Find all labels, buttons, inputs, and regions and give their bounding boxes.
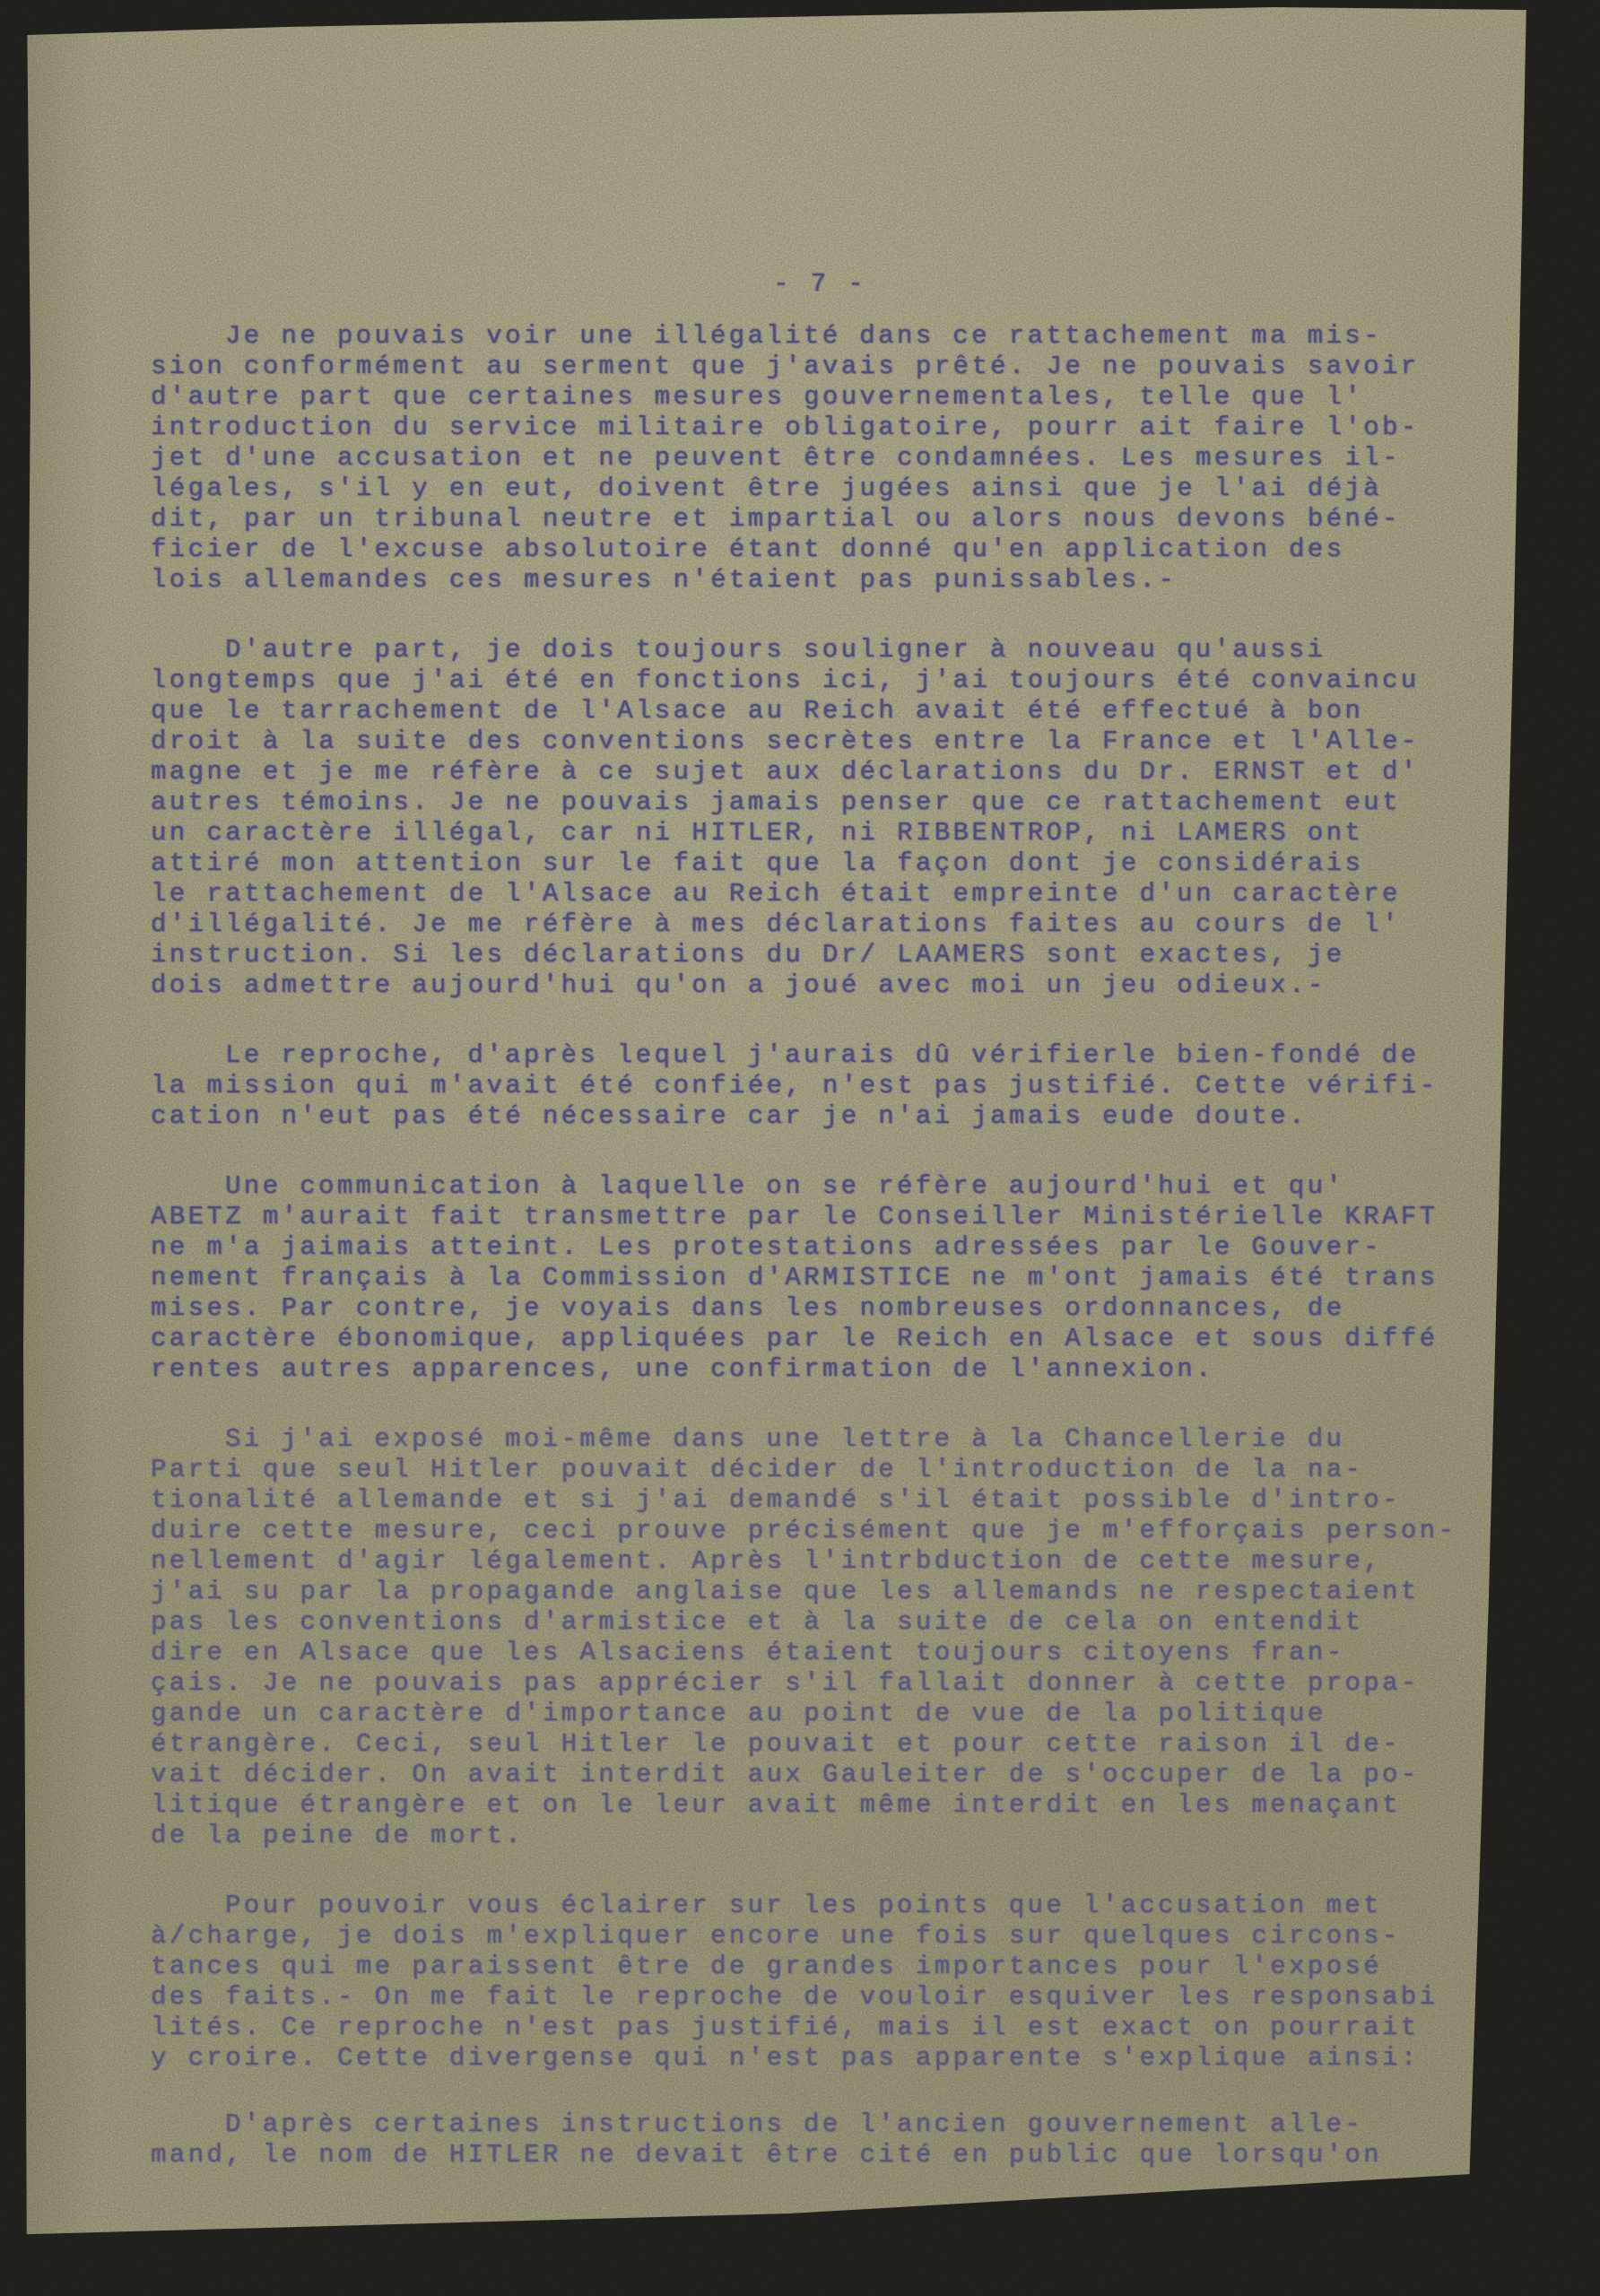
paragraph-3: Le reproche, d'après lequel j'aurais dû … <box>151 1040 1489 1132</box>
text-line: litique étrangère et on le leur avait mê… <box>151 1790 1489 1821</box>
text-line: longtemps que j'ai été en fonctions ici,… <box>151 665 1489 696</box>
paragraph-6: Pour pouvoir vous éclairer sur les point… <box>151 1891 1489 2074</box>
paragraph-5: Si j'ai exposé moi-même dans une lettre … <box>151 1424 1489 1851</box>
typewritten-text-block: - 7 - Je ne pouvais voir une illégalité … <box>151 269 1489 2237</box>
text-line: duire cette mesure, ceci prouve précisém… <box>151 1516 1489 1546</box>
text-line: un caractère illégal, car ni HITLER, ni … <box>151 818 1489 848</box>
text-line: Pour pouvoir vous éclairer sur les point… <box>151 1891 1489 1921</box>
text-line: çais. Je ne pouvais pas apprécier s'il f… <box>151 1668 1489 1699</box>
text-line: mand, le nom de HITLER ne devait être ci… <box>151 2140 1489 2170</box>
text-line: gande un caractère d'importance au point… <box>151 1699 1489 1729</box>
text-line: lois allemandes ces mesures n'étaient pa… <box>151 565 1489 596</box>
text-line: la mission qui m'avait été confiée, n'es… <box>151 1071 1489 1101</box>
text-line: nellement d'agir légalement. Après l'int… <box>151 1546 1489 1577</box>
continuation-dots: ....../... <box>151 2206 1489 2237</box>
paragraph-4: Une communication à laquelle on se réfèr… <box>151 1171 1489 1385</box>
text-line: jet d'une accusation et ne peuvent être … <box>151 443 1489 474</box>
text-line: attiré mon attention sur le fait que la … <box>151 848 1489 879</box>
text-line: de la peine de mort. <box>151 1821 1489 1851</box>
paragraph-7: D'après certaines instructions de l'anci… <box>151 2109 1489 2170</box>
text-line: le rattachement de l'Alsace au Reich éta… <box>151 879 1489 909</box>
text-line: ne m'a jaimais atteint. Les protestation… <box>151 1232 1489 1263</box>
text-line: caractère ébonomique, appliquées par le … <box>151 1324 1489 1354</box>
text-line: D'autre part, je dois toujours souligner… <box>151 635 1489 665</box>
text-line: mises. Par contre, je voyais dans les no… <box>151 1293 1489 1324</box>
text-line: instruction. Si les déclarations du Dr/ … <box>151 940 1489 970</box>
text-line: rentes autres apparences, une confirmati… <box>151 1354 1489 1385</box>
paragraph-2: D'autre part, je dois toujours souligner… <box>151 635 1489 1001</box>
text-line: introduction du service militaire obliga… <box>151 413 1489 443</box>
text-line: dois admettre aujourd'hui qu'on a joué a… <box>151 970 1489 1001</box>
text-line: Je ne pouvais voir une illégalité dans c… <box>151 321 1489 352</box>
text-line: sion conformément au serment que j'avais… <box>151 352 1489 382</box>
text-line: d'illégalité. Je me réfère à mes déclara… <box>151 909 1489 940</box>
text-line: légales, s'il y en eut, doivent être jug… <box>151 474 1489 504</box>
text-line: autres témoins. Je ne pouvais jamais pen… <box>151 787 1489 818</box>
text-line: ABETZ m'aurait fait transmettre par le C… <box>151 1202 1489 1232</box>
text-line: droit à la suite des conventions secrète… <box>151 726 1489 757</box>
paragraph-1: Je ne pouvais voir une illégalité dans c… <box>151 321 1489 596</box>
text-line: ficier de l'excuse absolutoire étant don… <box>151 535 1489 565</box>
text-line: tionalité allemande et si j'ai demandé s… <box>151 1485 1489 1516</box>
text-line: tances qui me paraissent être de grandes… <box>151 1952 1489 1982</box>
text-line: D'après certaines instructions de l'anci… <box>151 2109 1489 2140</box>
text-line: Le reproche, d'après lequel j'aurais dû … <box>151 1040 1489 1071</box>
text-line: dit, par un tribunal neutre et impartial… <box>151 504 1489 535</box>
text-line: des faits.- On me fait le reproche de vo… <box>151 1982 1489 2013</box>
text-line: Si j'ai exposé moi-même dans une lettre … <box>151 1424 1489 1455</box>
text-line: à/charge, je dois m'expliquer encore une… <box>151 1921 1489 1952</box>
text-line: d'autre part que certaines mesures gouve… <box>151 382 1489 413</box>
text-line: lités. Ce reproche n'est pas justifié, m… <box>151 2013 1489 2043</box>
page-number: - 7 - <box>151 269 1489 300</box>
text-line: nement français à la Commission d'ARMIST… <box>151 1263 1489 1293</box>
text-line: pas les conventions d'armistice et à la … <box>151 1607 1489 1638</box>
text-line: que le tarrachement de l'Alsace au Reich… <box>151 696 1489 726</box>
text-line: j'ai su par la propagande anglaise que l… <box>151 1577 1489 1607</box>
text-line: vait décider. On avait interdit aux Gaul… <box>151 1760 1489 1790</box>
text-line: Une communication à laquelle on se réfèr… <box>151 1171 1489 1202</box>
text-line: y croire. Cette divergense qui n'est pas… <box>151 2043 1489 2074</box>
text-line: cation n'eut pas été nécessaire car je n… <box>151 1101 1489 1132</box>
text-line: étrangère. Ceci, seul Hitler le pouvait … <box>151 1729 1489 1760</box>
text-line: dire en Alsace que les Alsaciens étaient… <box>151 1638 1489 1668</box>
text-line: Parti que seul Hitler pouvait décider de… <box>151 1455 1489 1485</box>
scanned-document-page: { "colors": { "paper": "#cbc5a0", "ink":… <box>0 0 1600 2296</box>
text-line: magne et je me réfère à ce sujet aux déc… <box>151 757 1489 787</box>
